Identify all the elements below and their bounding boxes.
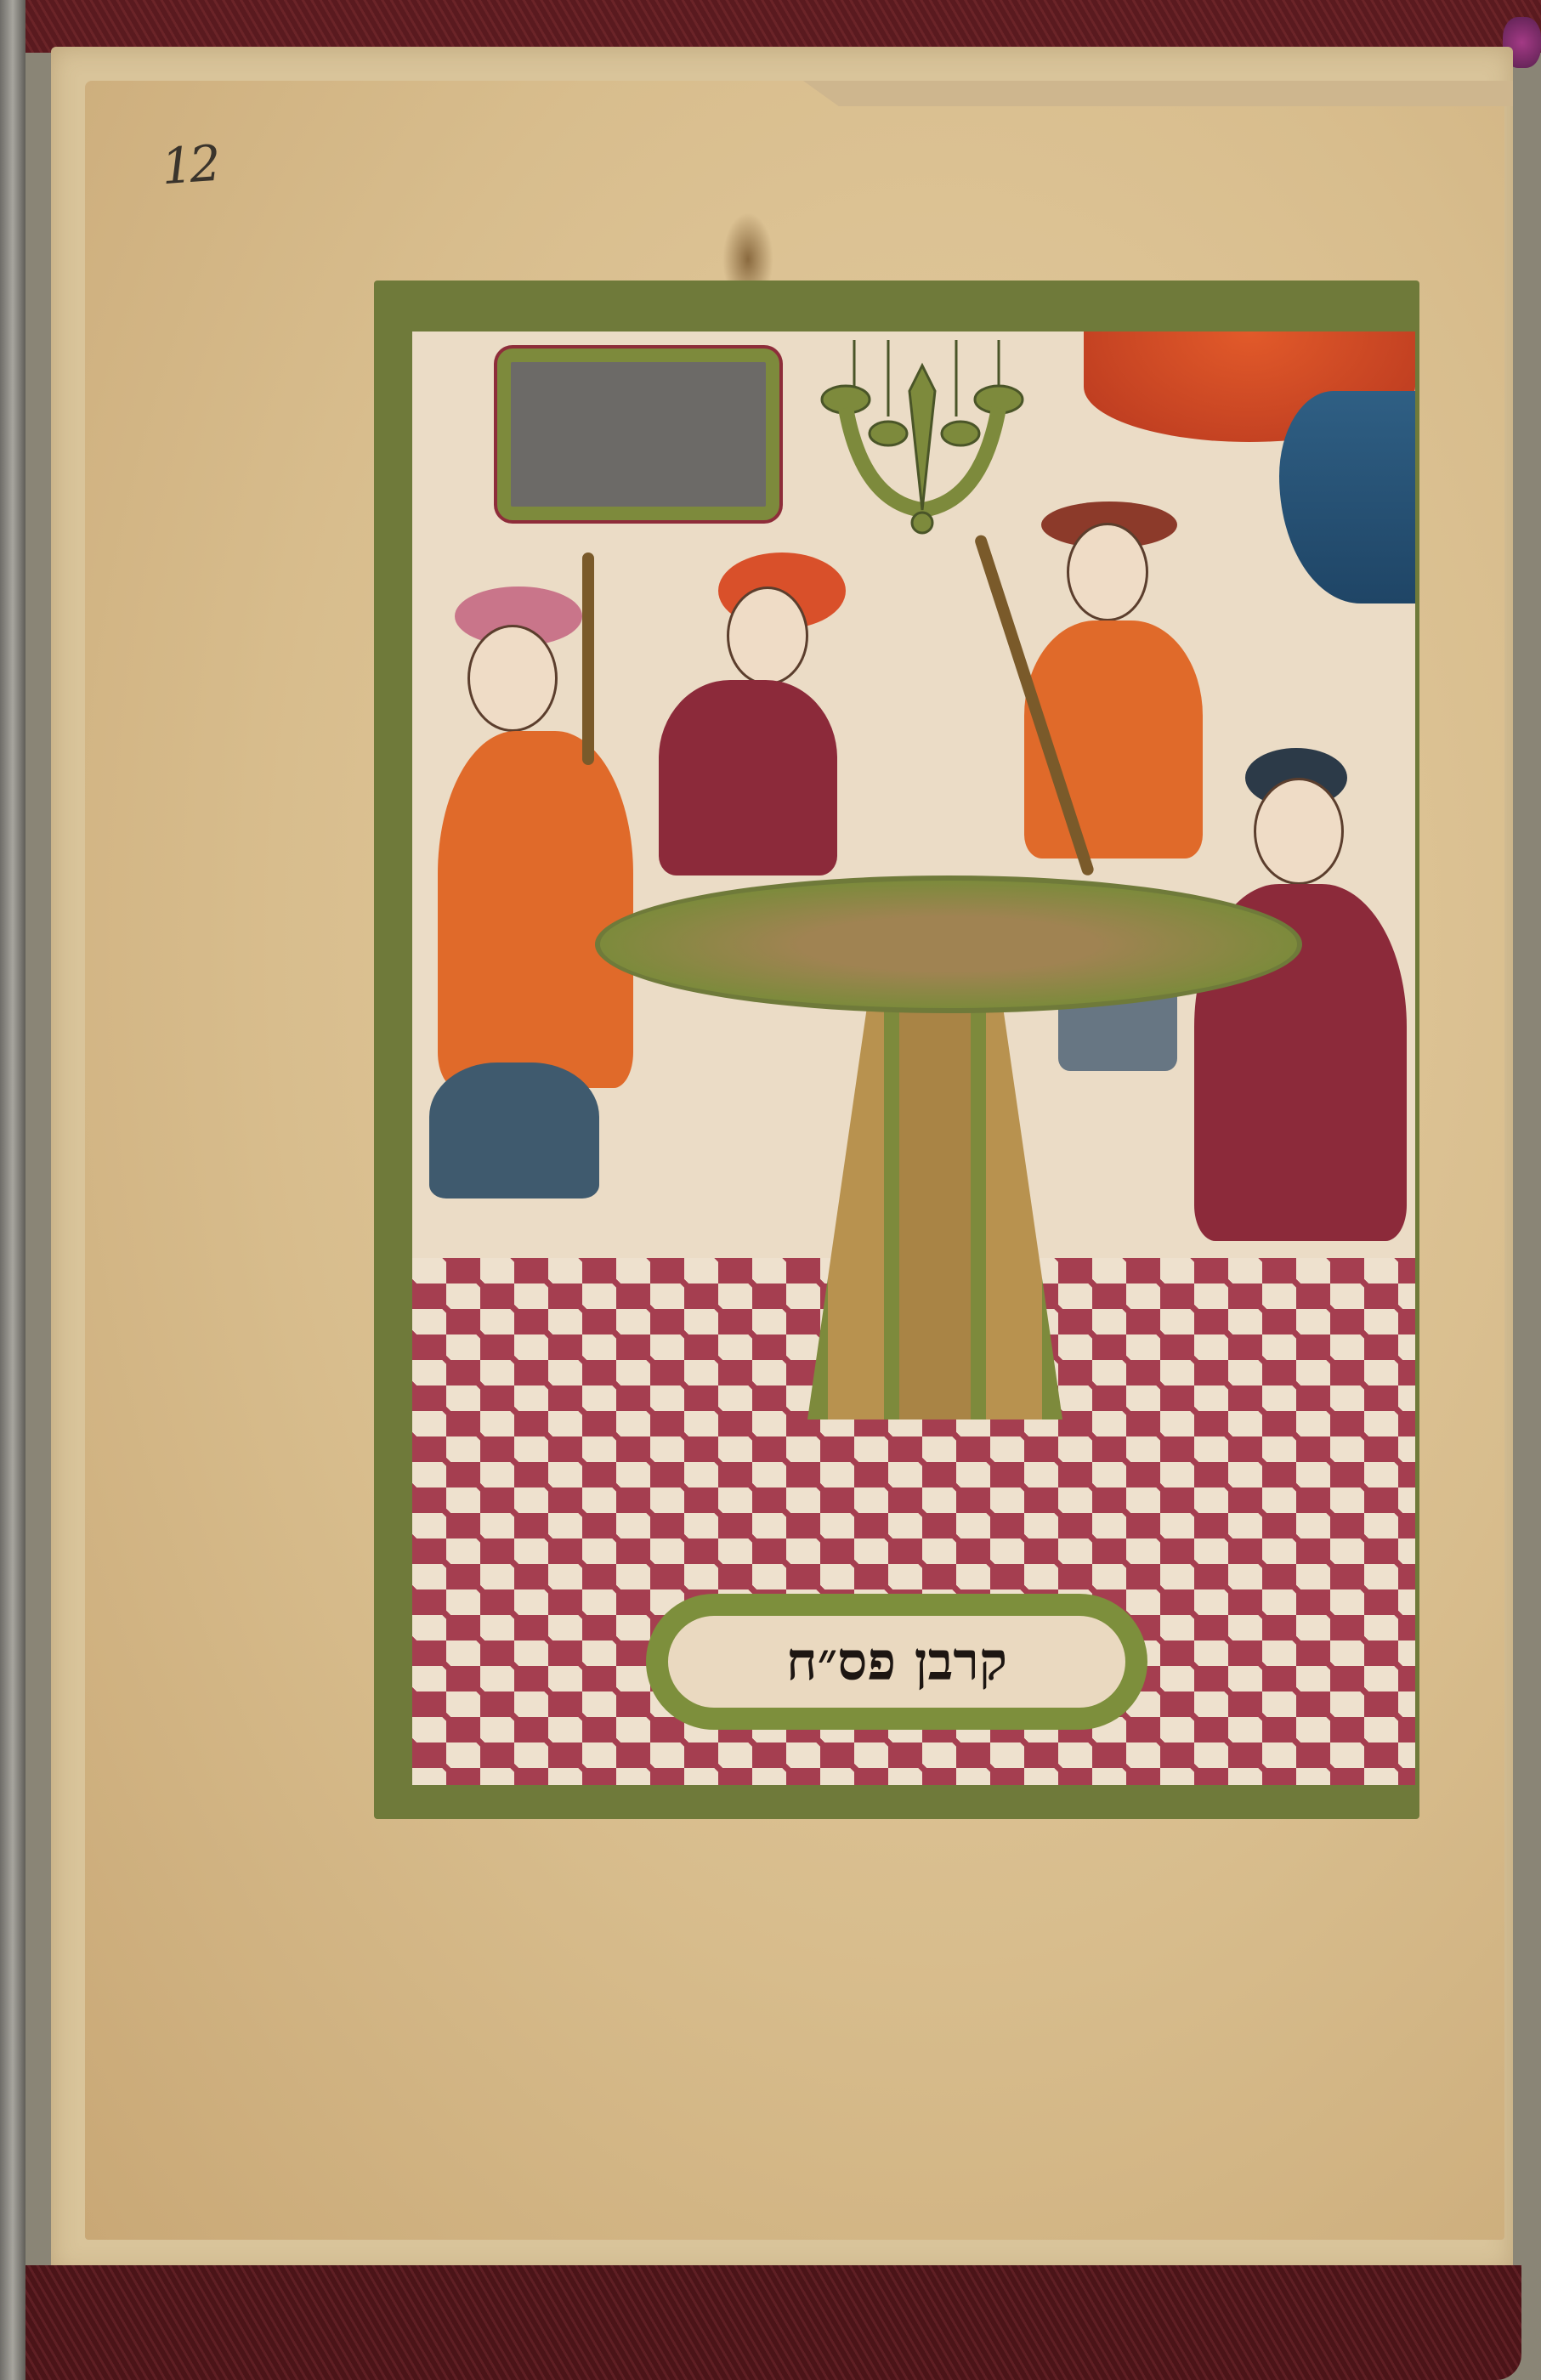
caption-text: קרבן פס״ח [786, 1630, 1007, 1693]
table-top-with-lamb [595, 875, 1302, 1013]
torn-corner [803, 81, 1513, 106]
table-pedestal [807, 977, 1062, 1419]
breeches-blue [429, 1062, 599, 1198]
leather-binding-top [25, 0, 1541, 53]
leather-binding-bottom [25, 2265, 1521, 2380]
pedestal-table [667, 331, 1220, 1436]
curtain-blue [1279, 391, 1415, 603]
page-number: 12 [160, 134, 219, 195]
head [1254, 778, 1344, 885]
figure-right-bearded [1194, 748, 1415, 1343]
spine-edge [0, 0, 25, 2380]
head [467, 625, 558, 732]
caption-cartouche: קרבן פס״ח [646, 1594, 1147, 1730]
tunic-orange [438, 731, 633, 1088]
illustration-scene [412, 331, 1415, 1785]
staff [582, 552, 594, 765]
